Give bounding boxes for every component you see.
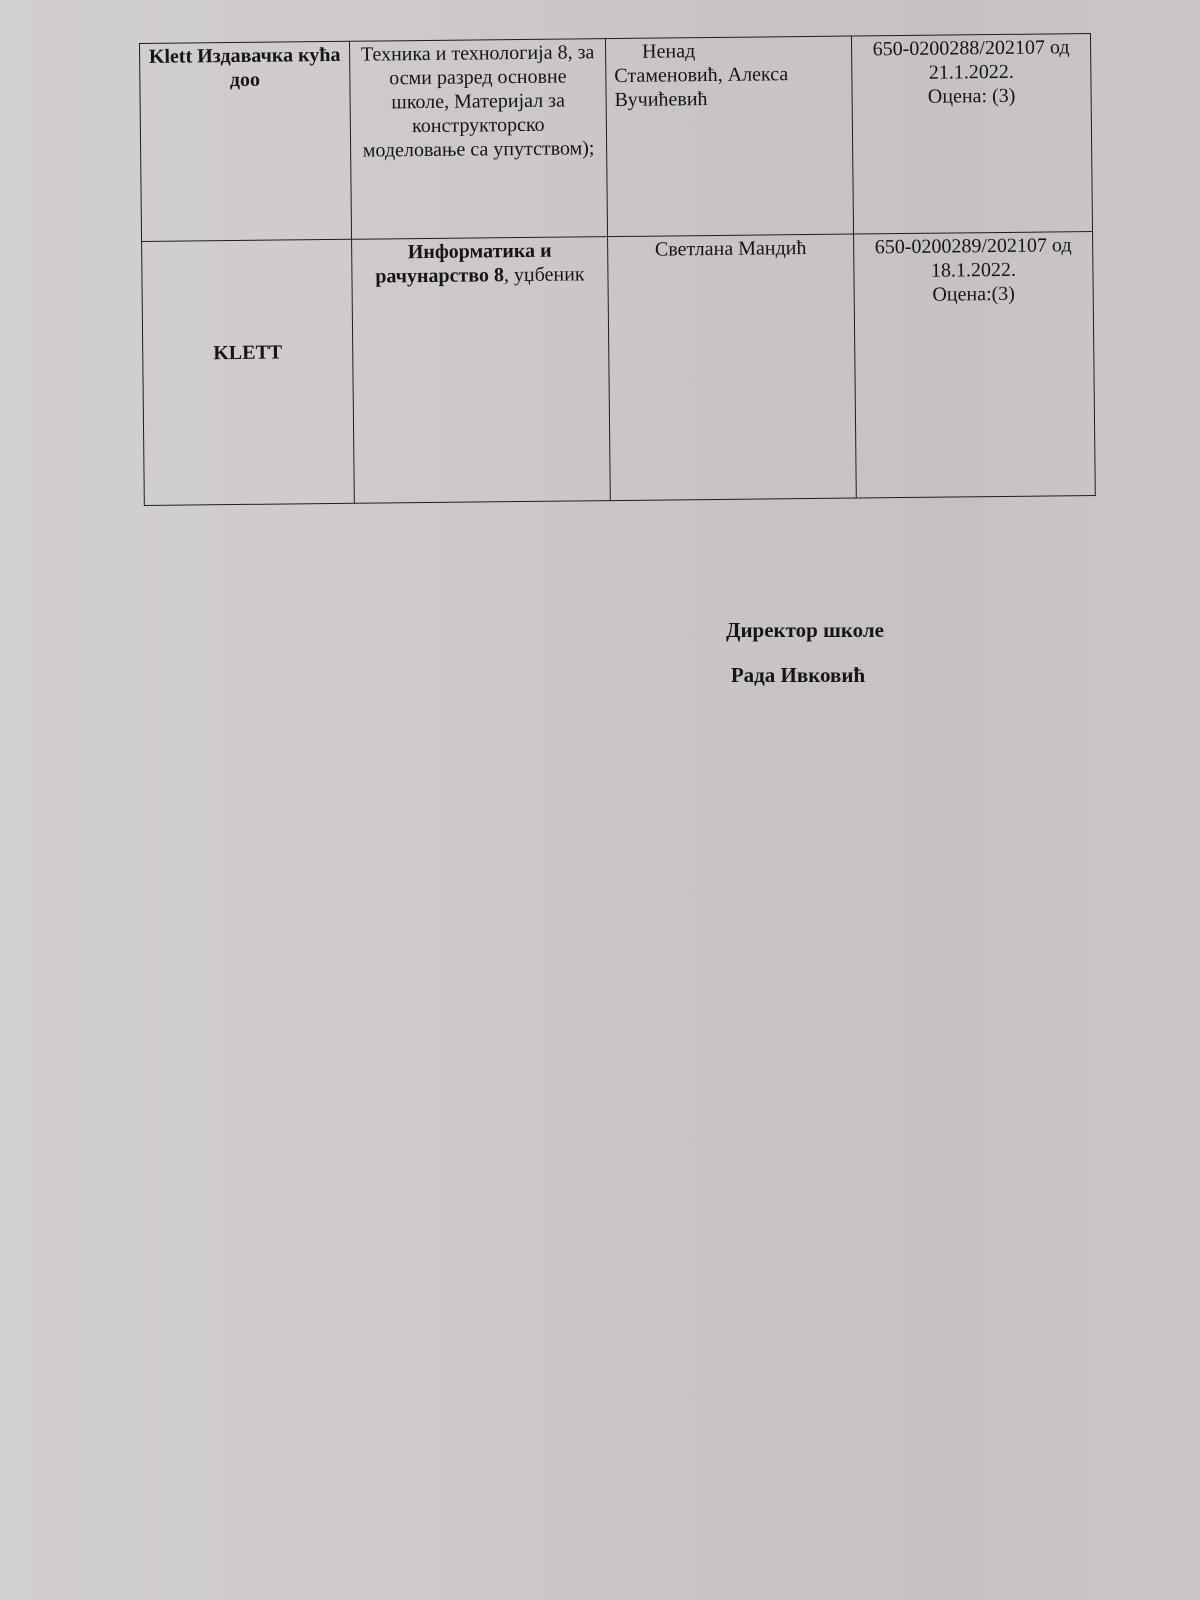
authors-line: Ненад	[614, 38, 843, 64]
grade: Оцена:(3)	[863, 281, 1085, 307]
textbook-title-text: , уџбеник	[504, 263, 585, 286]
signatory-title: Директор школе	[700, 618, 910, 642]
textbook-approval-table: Klett Издавачка кућа доо Техника и техно…	[139, 33, 1096, 506]
publisher-cell: KLETT	[142, 239, 355, 505]
textbook-title-cell: Техника и технологија 8, за осми разред …	[349, 39, 607, 240]
table-row: Klett Издавачка кућа доо Техника и техно…	[140, 34, 1093, 242]
authors-cell: Ненад Стаменовић, Алекса Вучићевић	[605, 36, 853, 237]
approval-number: 650-0200288/202107 од 21.1.2022.	[860, 35, 1082, 85]
authors-cell: Светлана Мандић	[608, 234, 857, 501]
textbook-title-cell: Информатика и рачунарство 8, уџбеник	[352, 237, 611, 504]
grade: Оцена: (3)	[860, 83, 1082, 109]
publisher-cell: Klett Издавачка кућа доо	[140, 41, 352, 241]
approval-number: 650-0200289/202107 од 18.1.2022.	[862, 233, 1084, 283]
approval-cell: 650-0200288/202107 од 21.1.2022. Оцена: …	[851, 34, 1092, 234]
signatory-name: Рада Ивковић	[700, 663, 910, 687]
authors-line: Стаменовић, Алекса Вучићевић	[614, 62, 843, 112]
table-row: KLETT Информатика и рачунарство 8, уџбен…	[142, 232, 1096, 506]
textbook-title-text: Техника и технологија 8, за осми разред …	[361, 41, 595, 161]
authors-line: Светлана Мандић	[616, 236, 845, 262]
approval-cell: 650-0200289/202107 од 18.1.2022. Оцена:(…	[854, 232, 1096, 498]
document-page: Klett Издавачка кућа доо Техника и техно…	[0, 0, 1200, 1600]
signature-block: Директор школе Рада Ивковић	[700, 618, 910, 687]
